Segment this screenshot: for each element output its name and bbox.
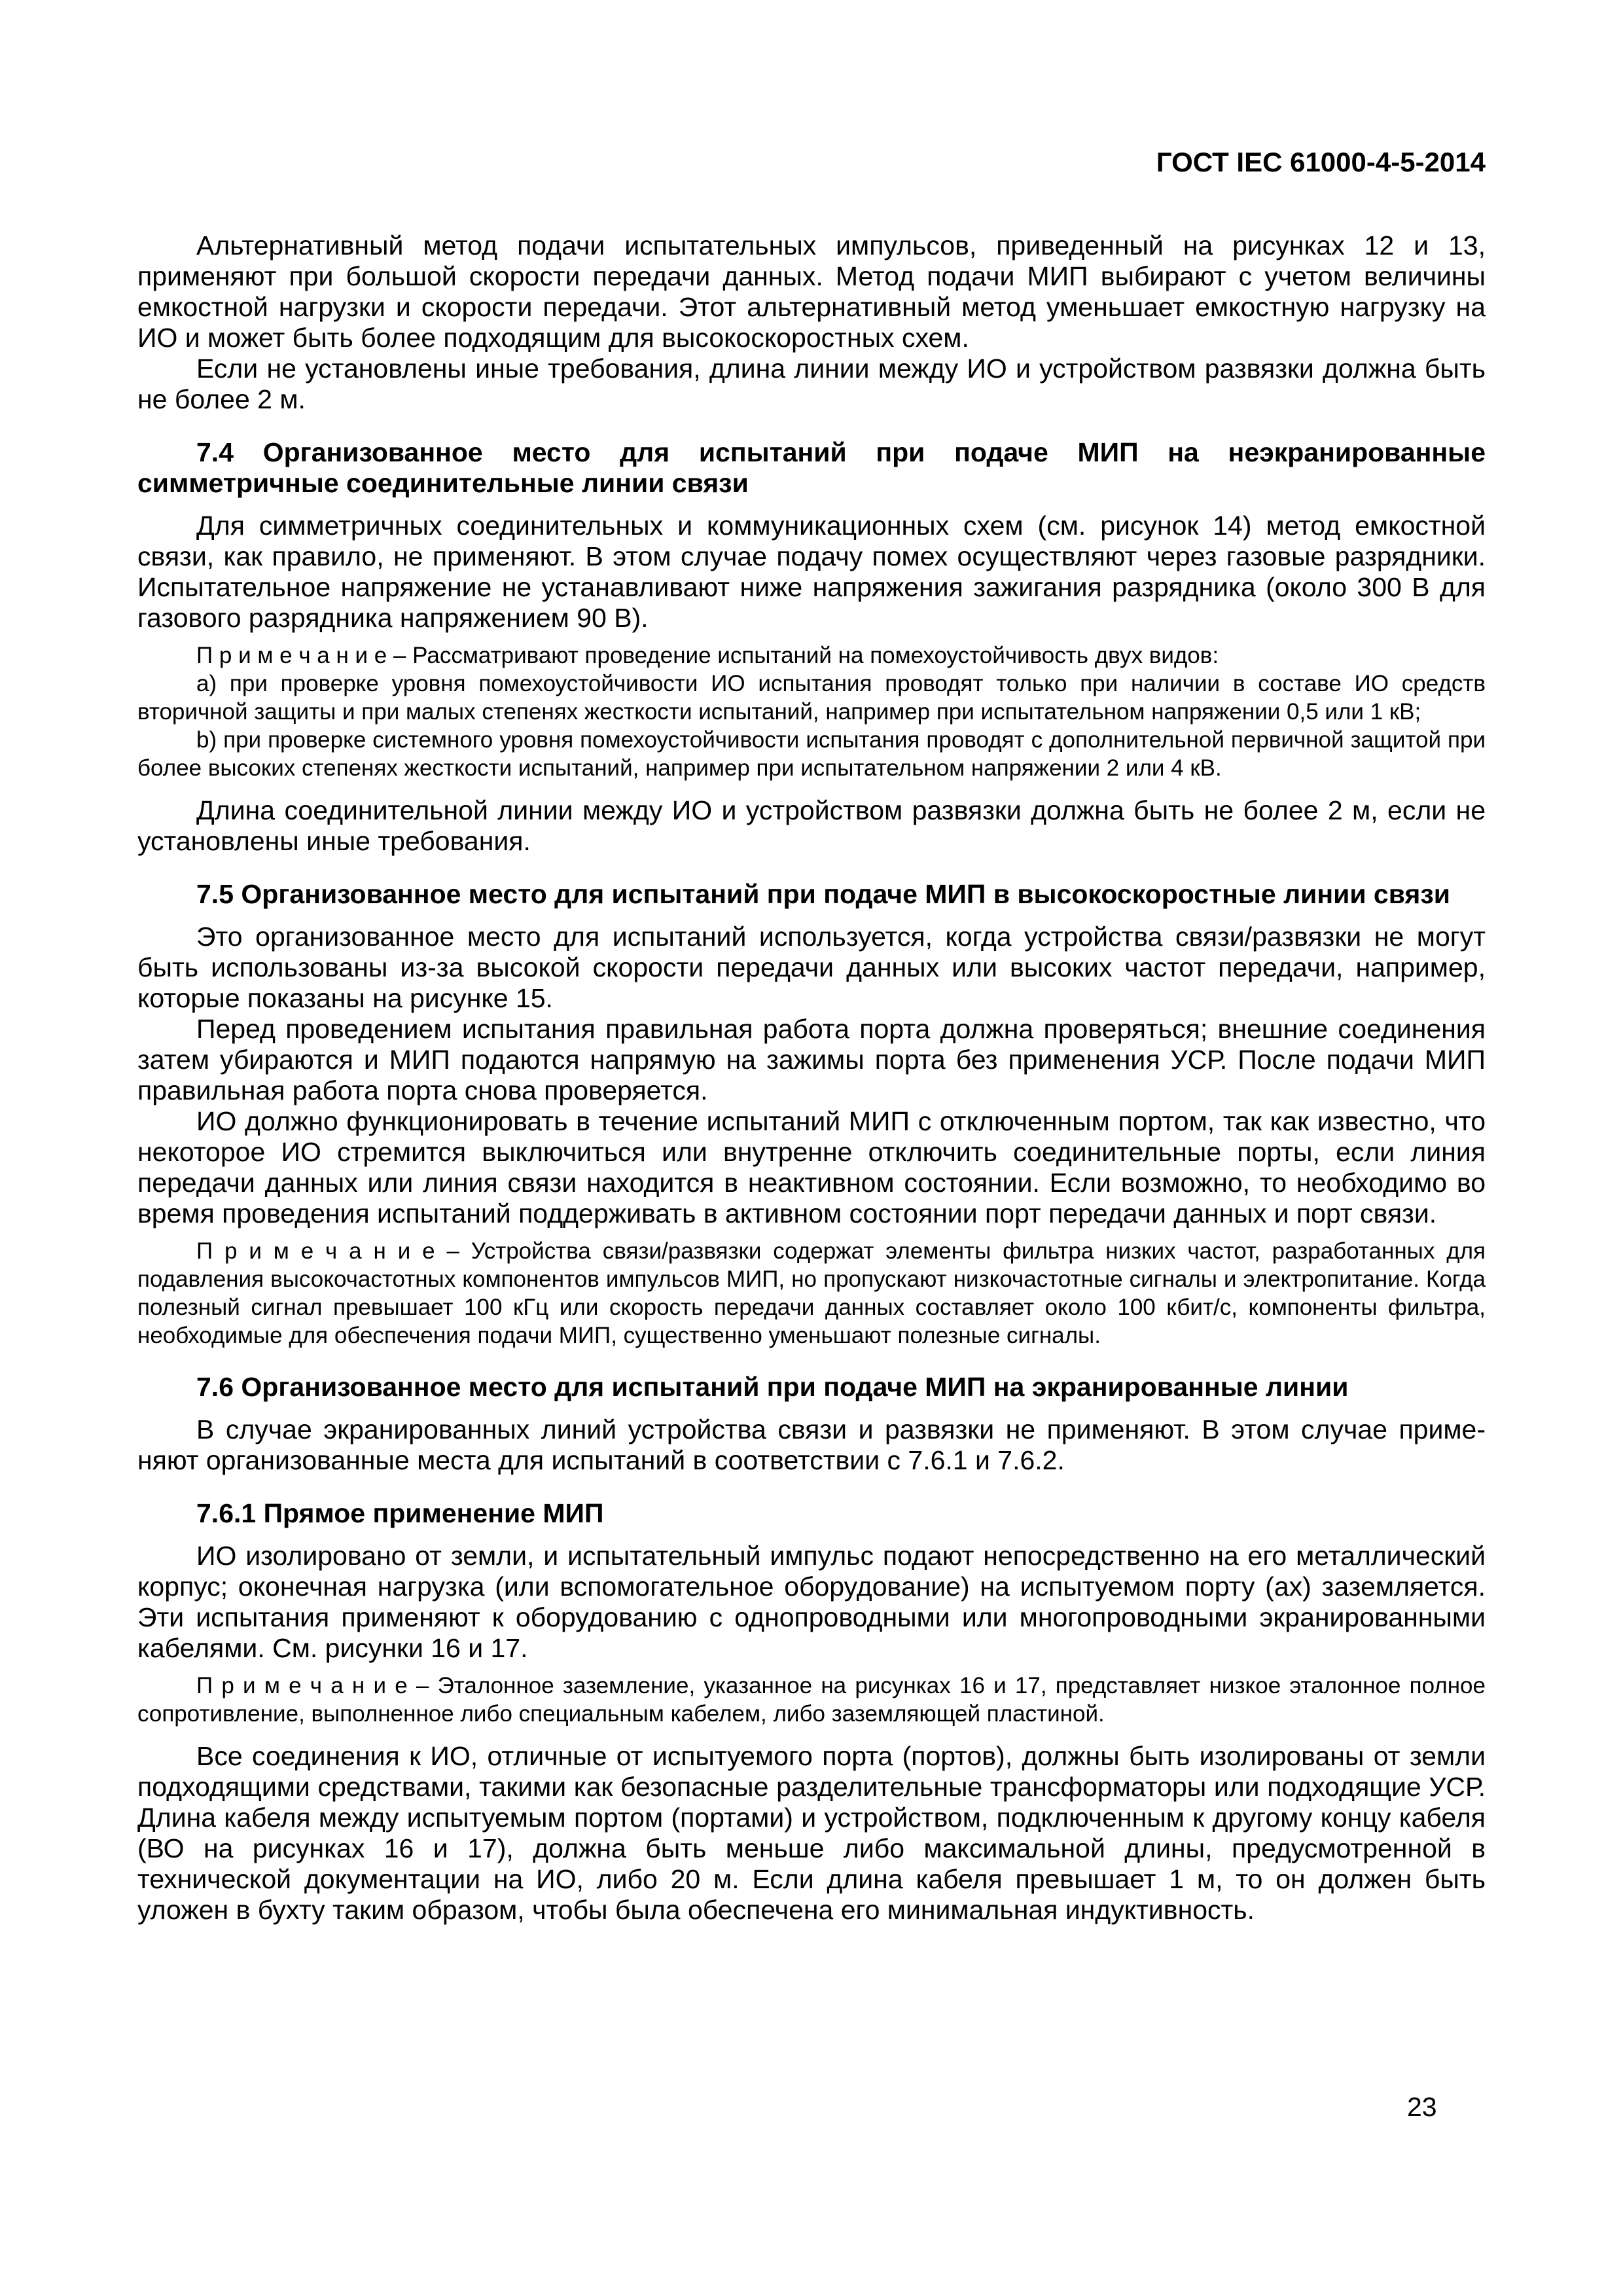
section-heading: 7.4 Организованное место для испытаний п…	[137, 437, 1486, 499]
document-header: ГОСТ IEC 61000-4-5-2014	[137, 147, 1486, 178]
note-paragraph: П р и м е ч а н и е – Эталонное заземлен…	[137, 1672, 1486, 1728]
page-number: 23	[1407, 2092, 1459, 2123]
body-paragraph: Все соединения к ИО, отличные от испытуе…	[137, 1741, 1486, 1926]
body-paragraph: Для симметричных соединительных и коммун…	[137, 511, 1486, 634]
document-page: ГОСТ IEC 61000-4-5-2014 Альтернативный м…	[0, 0, 1623, 2296]
note-paragraph: a) при проверке уровня помехоустойчивост…	[137, 670, 1486, 726]
body-paragraph: Длина соединительной линии между ИО и ус…	[137, 795, 1486, 857]
body-paragraph: ИО изолировано от земли, и испытательный…	[137, 1541, 1486, 1664]
note-paragraph: П р и м е ч а н и е – Рассматривают пров…	[137, 641, 1486, 670]
section-heading: 7.6.1 Прямое применение МИП	[137, 1498, 1486, 1529]
body-paragraph: ИО должно функционировать в течение испы…	[137, 1106, 1486, 1229]
body-paragraph: В случае экранированных линий устройства…	[137, 1414, 1486, 1476]
section-heading: 7.6 Организованное место для испытаний п…	[137, 1372, 1486, 1403]
body-paragraph: Если не установлены иные требования, дли…	[137, 353, 1486, 415]
page-content: Альтернативный метод подачи испытательны…	[137, 230, 1486, 1926]
section-heading: 7.5 Организованное место для испытаний п…	[137, 879, 1486, 910]
note-paragraph: П р и м е ч а н и е – Устройства связи/р…	[137, 1237, 1486, 1350]
body-paragraph: Альтернативный метод подачи испытательны…	[137, 230, 1486, 353]
note-paragraph: b) при проверке системного уровня помехо…	[137, 726, 1486, 782]
body-paragraph: Это организованное место для испытаний и…	[137, 922, 1486, 1014]
body-paragraph: Перед проведением испытания правильная р…	[137, 1014, 1486, 1106]
